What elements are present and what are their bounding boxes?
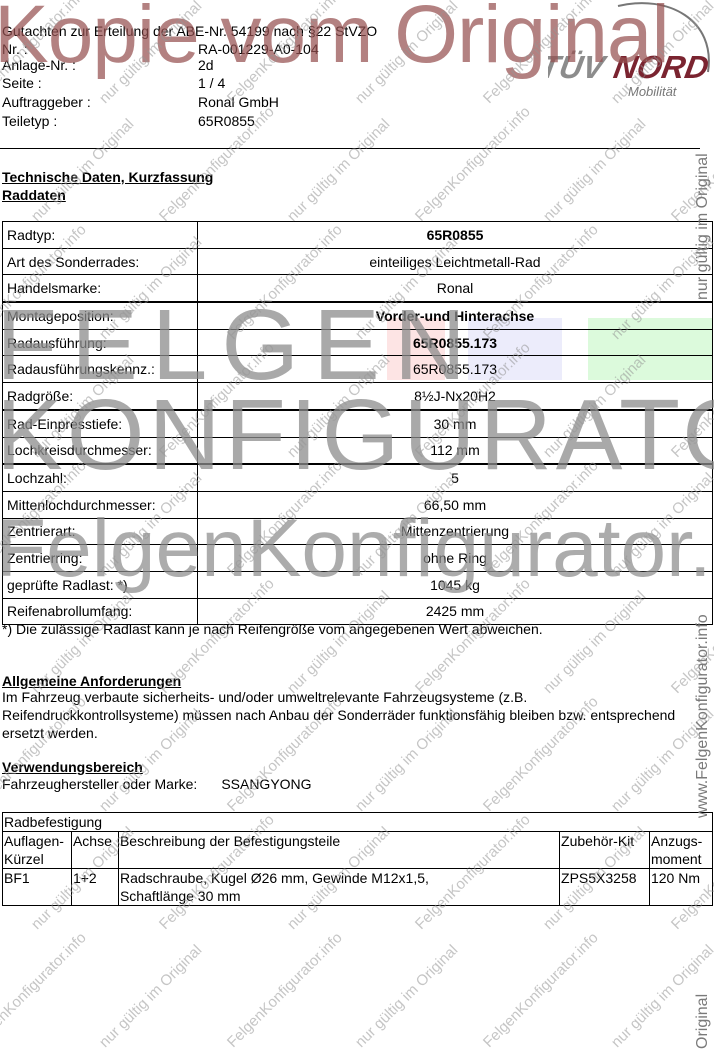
vertical-watermark-b: www.FelgenKonfigurator.info — [694, 614, 712, 818]
row-value: 8½J-Nx20H2 — [198, 383, 713, 410]
footnote: *) Die zulässige Radlast kann je nach Re… — [2, 621, 543, 637]
row-value: 65R0855.173 — [198, 329, 713, 356]
svg-text:NORD: NORD — [611, 49, 711, 85]
row-value: einteiliges Leichtmetall-Rad — [198, 248, 713, 275]
column-header: Auflagen-Kürzel — [3, 832, 72, 869]
table-row: Mittenlochdurchmesser:66,50 mm — [3, 491, 713, 518]
row-value: 1045 kg — [198, 571, 713, 598]
row-value: 65R0855 — [198, 222, 713, 249]
column-header: Beschreibung der Befestigungsteile — [118, 832, 559, 869]
row-value: 65R0855.173 — [198, 356, 713, 383]
row-label: Lochzahl: — [3, 464, 198, 491]
fixing-table: RadbefestigungAuflagen-KürzelAchseBeschr… — [2, 812, 713, 906]
document-title: Gutachten zur Erteilung der ABE-Nr. 5419… — [2, 22, 377, 40]
row-value: 30 mm — [198, 410, 713, 437]
row-value: ohne Ring — [198, 545, 713, 572]
table-row: Montageposition:Vorder-und Hinterachse — [3, 302, 713, 329]
table-row: Radgröße:8½J-Nx20H2 — [3, 383, 713, 410]
svg-text:TÜV: TÜV — [548, 49, 610, 85]
row-label: Lochkreisdurchmesser: — [3, 437, 198, 464]
cell-kuerzel: BF1 — [3, 869, 72, 906]
diagonal-watermark-text: nur gültig im Original — [352, 942, 461, 1049]
usage-line: Fahrzeughersteller oder Marke:SSANGYONG — [2, 776, 312, 792]
row-label: Zentrierring: — [3, 545, 198, 572]
column-header: Anzugs-moment — [649, 832, 712, 869]
cell-beschreibung: Radschraube, Kugel Ø26 mm, Gewinde M12x1… — [118, 869, 559, 906]
row-value: 112 mm — [198, 437, 713, 464]
table-row: Zentrierart:Mittenzentrierung — [3, 518, 713, 545]
column-header-line: Auflagen- — [4, 832, 70, 850]
column-header: Zubehör-Kit — [560, 832, 650, 869]
column-header-line: moment — [651, 850, 711, 868]
tuev-nord-logo: TÜV NORD Mobilität — [548, 0, 714, 100]
column-header: Achse — [71, 832, 118, 869]
column-header-line: Zubehör-Kit — [561, 832, 648, 850]
table-row: Art des Sonderrades:einteiliges Leichtme… — [3, 248, 713, 275]
column-header-line: Achse — [73, 832, 117, 850]
diagonal-watermark-text: FelgenKonfigurator.info — [224, 929, 346, 1049]
table-row: Radtyp:65R0855 — [3, 222, 713, 249]
diagonal-watermark-text: FelgenKonfigurator.info — [480, 929, 602, 1049]
column-header-line: Kürzel — [4, 850, 70, 868]
row-label: geprüfte Radlast: *) — [3, 571, 198, 598]
table-row: Radausführung:65R0855.173 — [3, 329, 713, 356]
column-header-line: Beschreibung der Befestigungsteile — [120, 832, 558, 850]
diagonal-watermark-text: nur gültig im Original — [284, 116, 393, 225]
diagonal-watermark-text: FelgenKonfigurator.info — [0, 929, 90, 1049]
cell-line: Radschraube, Kugel Ø26 mm, Gewinde M12x1… — [120, 869, 558, 887]
raddaten-table: Radtyp:65R0855Art des Sonderrades:eintei… — [2, 221, 713, 625]
column-header-line: Anzugs- — [651, 832, 711, 850]
usage-value: SSANGYONG — [221, 776, 311, 792]
vertical-watermark-c: Original — [694, 994, 712, 1049]
section-title-tech: Technische Daten, Kurzfassung — [2, 168, 213, 186]
row-label: Radgröße: — [3, 383, 198, 410]
logo-subtitle: Mobilität — [628, 84, 678, 99]
cell-moment: 120 Nm — [649, 869, 712, 906]
row-value: 66,50 mm — [198, 491, 713, 518]
table-row: Zentrierring:ohne Ring — [3, 545, 713, 572]
fixing-caption-row: Radbefestigung — [3, 813, 713, 832]
row-value: 5 — [198, 464, 713, 491]
row-label: Zentrierart: — [3, 518, 198, 545]
row-label: Art des Sonderrades: — [3, 248, 198, 275]
diagonal-watermark-text: nur gültig im Original — [540, 116, 649, 225]
diagonal-watermark-text: FelgenKonfigurator.info — [412, 103, 534, 225]
table-row: Radausführungskennz.:65R0855.173 — [3, 356, 713, 383]
table-row: BF11+2Radschraube, Kugel Ø26 mm, Gewinde… — [3, 869, 713, 906]
table-row: Rad-Einpresstiefe:30 mm — [3, 410, 713, 437]
diagonal-watermark-text: nur gültig im Original — [96, 942, 205, 1049]
diagonal-watermark-text: nur gültig im Original — [352, 0, 461, 107]
row-label: Radtyp: — [3, 222, 198, 249]
diagonal-watermark-text: nur gültig im Original — [96, 0, 205, 107]
row-value: Ronal — [198, 275, 713, 302]
row-label: Radausführung: — [3, 329, 198, 356]
table-row: geprüfte Radlast: *)1045 kg — [3, 571, 713, 598]
row-label: Radausführungskennz.: — [3, 356, 198, 383]
general-requirements-text: Im Fahrzeug verbaute sicherheits- und/od… — [2, 688, 682, 742]
fixing-caption: Radbefestigung — [3, 813, 713, 832]
table-row: Handelsmarke:Ronal — [3, 275, 713, 302]
row-value: Vorder-und Hinterachse — [198, 302, 713, 329]
cell-achse: 1+2 — [71, 869, 118, 906]
row-label: Montageposition: — [3, 302, 198, 329]
table-row: Lochkreisdurchmesser:112 mm — [3, 437, 713, 464]
row-label: Rad-Einpresstiefe: — [3, 410, 198, 437]
row-value: Mittenzentrierung — [198, 518, 713, 545]
section-title-raddaten: Raddaten — [2, 186, 66, 204]
cell-kit: ZPS5X3258 — [560, 869, 650, 906]
fixing-header-row: Auflagen-KürzelAchseBeschreibung der Bef… — [3, 832, 713, 869]
diagonal-watermark-text: FelgenKonfigurator.info — [668, 103, 714, 225]
diagonal-watermark-text: nur gültig im Original — [608, 942, 714, 1049]
section-title-usage: Verwendungsbereich — [2, 758, 143, 776]
usage-label: Fahrzeughersteller oder Marke: — [2, 776, 197, 792]
table-row: Lochzahl:5 — [3, 464, 713, 491]
row-label: Handelsmarke: — [3, 275, 198, 302]
row-label: Mittenlochdurchmesser: — [3, 491, 198, 518]
cell-line: Schaftlänge 30 mm — [120, 887, 558, 905]
header-divider — [0, 148, 700, 149]
